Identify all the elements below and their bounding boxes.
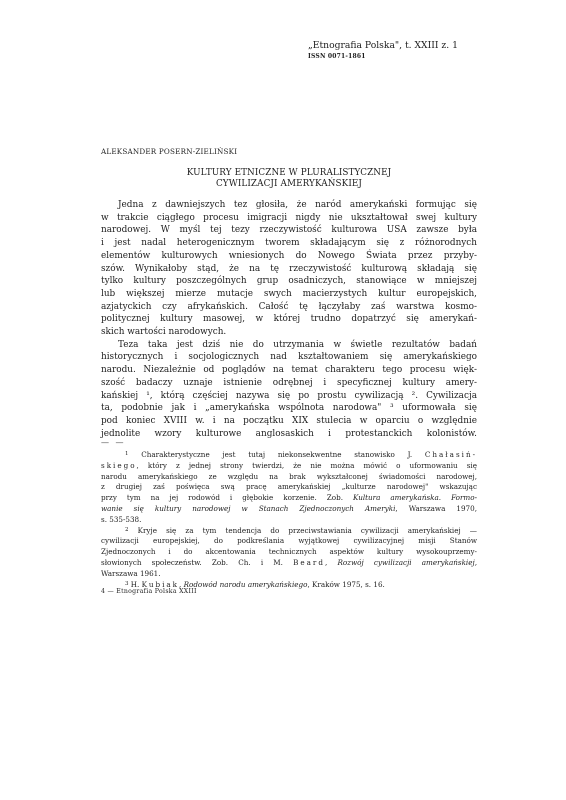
cited-title: Kultura amerykańska. Formo-: [353, 493, 477, 502]
article-title: KULTURY ETNICZNE W PLURALISTYCZNEJ CYWIL…: [101, 168, 477, 190]
cited-author: Beard: [293, 558, 325, 567]
text-line: skich wartości narodowych.: [101, 326, 477, 339]
text-line: tylko kultury poszczególnych grup osadni…: [101, 275, 477, 288]
cited-title: Rodowód narodu amerykańskiego: [184, 580, 308, 589]
text-line: elementów kulturowych wniesionych do Now…: [101, 250, 477, 263]
text-line: lub większej mierze mutacje swych macier…: [101, 288, 477, 301]
cited-author: skiego: [101, 461, 137, 470]
paragraph-1: Jedna z dawniejszych tez głosiła, że nar…: [101, 199, 477, 339]
text-line: szów. Wynikałoby stąd, że na tę rzeczywi…: [101, 263, 477, 276]
journal-header: „Etnografia Polska", t. XXIII z. 1 ISSN …: [308, 40, 528, 62]
text-line: Jedna z dawniejszych tez głosiła, że nar…: [101, 199, 477, 212]
title-line-2: CYWILIZACJI AMERYKAŃSKIEJ: [101, 179, 477, 190]
text-line: szość badaczy uznaje istnienie odrębnej …: [101, 377, 477, 390]
text-line: w trakcie ciągłego procesu imigracji nig…: [101, 212, 477, 225]
title-line-1: KULTURY ETNICZNE W PLURALISTYCZNEJ: [101, 168, 477, 179]
text-line: narodowej. W myśl tej tezy rzeczywistość…: [101, 224, 477, 237]
text-line: azjatyckich czy afrykańskich. Całość tę …: [101, 301, 477, 314]
text-line: historycznych i socjologicznych nad kszt…: [101, 351, 477, 364]
text-line: Teza taka jest dziś nie do utrzymania w …: [101, 339, 477, 352]
cited-title: wanie się kultury narodowej w Stanach Zj…: [101, 504, 395, 513]
text-line: politycznej kultury masowej, w której tr…: [101, 313, 477, 326]
footnote-rule: — —: [101, 438, 126, 447]
journal-citation: „Etnografia Polska", t. XXIII z. 1: [308, 40, 528, 51]
footnote-mark: 2: [125, 527, 129, 533]
cited-title: Rozwój cywilizacji amerykańskiej,: [337, 558, 477, 567]
footnote-mark: 3: [125, 581, 129, 587]
text-line: ta, podobnie jak i „amerykańska wspólnot…: [101, 402, 477, 415]
text-line: kańskiej ¹, którą częściej nazywa się po…: [101, 390, 477, 403]
footnote-1: 1 Charakterystyczne jest tutaj niekonsek…: [101, 450, 477, 526]
text-line: i jest nadal heterogenicznym tworem skła…: [101, 237, 477, 250]
cited-author: Chałasiń-: [425, 450, 477, 459]
footnotes: 1 Charakterystyczne jest tutaj niekonsek…: [101, 450, 477, 590]
author-name: ALEKSANDER POSERN-ZIELIŃSKI: [101, 147, 237, 156]
text-line: pod koniec XVIII w. i na początku XIX st…: [101, 415, 477, 428]
paragraph-2: Teza taka jest dziś nie do utrzymania w …: [101, 339, 477, 441]
article-body: Jedna z dawniejszych tez głosiła, że nar…: [101, 199, 477, 440]
page-footer: 4 — Etnografia Polska XXIII: [101, 588, 197, 595]
issn: ISSN 0071-1861: [308, 51, 528, 62]
footnote-mark: 1: [125, 451, 129, 457]
text-line: narodu. Niezależnie od poglądów na temat…: [101, 364, 477, 377]
text-line: jednolite wzory kulturowe anglosaskich i…: [101, 428, 477, 441]
footnote-2: 2 Kryje się za tym tendencja do przeciws…: [101, 526, 477, 580]
